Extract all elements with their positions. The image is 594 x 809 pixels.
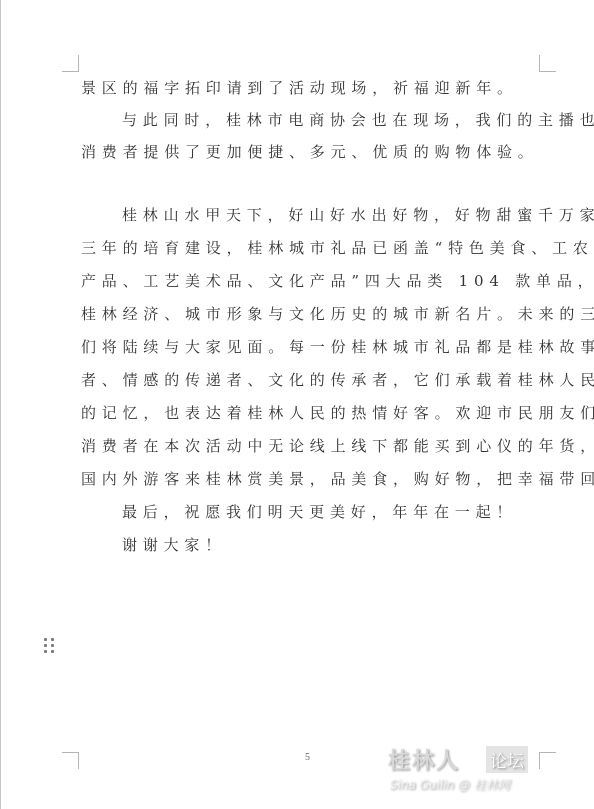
drag-dot bbox=[44, 650, 47, 653]
watermark-subtitle: Sina Guilin @ 桂林网 bbox=[390, 776, 510, 793]
watermark: 桂林人 论坛 Sina Guilin @ 桂林网 bbox=[388, 744, 548, 802]
paragraph-line: 产品、工艺美术品、文化产品”四大品类 104 款单品，逐渐成为 bbox=[81, 267, 543, 300]
paragraph-line: 消费者在本次活动中无论线上线下都能买到心仪的年货，也欢迎 bbox=[81, 432, 543, 465]
margin-corner-bottom-left bbox=[62, 752, 79, 769]
drag-dot bbox=[51, 638, 54, 641]
page-left-edge bbox=[0, 0, 1, 809]
drag-dot bbox=[44, 638, 47, 641]
margin-corner-bottom-right bbox=[539, 752, 556, 769]
paragraph-line: 的记忆，也表达着桂林人民的热情好客。欢迎市民朋友们和广大 bbox=[81, 399, 543, 432]
paragraph-line: 谢谢大家！ bbox=[81, 531, 543, 564]
paragraph-line: 桂林经济、城市形象与文化历史的城市新名片。未来的三天，它 bbox=[81, 300, 543, 333]
paragraph-line: 景区的福字拓印请到了活动现场，祈福迎新年。 bbox=[81, 74, 543, 106]
drag-dot bbox=[51, 644, 54, 647]
watermark-badge: 论坛 bbox=[486, 746, 528, 773]
paragraph-line: 桂林山水甲天下，好山好水出好物，好物甜蜜千万家！经过 bbox=[81, 201, 543, 234]
drag-handle-icon[interactable] bbox=[44, 638, 56, 654]
paragraph-line: 者、情感的传递者、文化的传承者，它们承载着桂林人民对历史 bbox=[81, 366, 543, 399]
margin-corner-top-right bbox=[539, 55, 556, 72]
paragraph-line: 们将陆续与大家见面。每一份桂林城市礼品都是桂林故事的讲述 bbox=[81, 333, 543, 366]
drag-dot bbox=[44, 644, 47, 647]
document-body[interactable]: 景区的福字拓印请到了活动现场，祈福迎新年。 与此同时，桂林市电商协会也在现场，我… bbox=[81, 74, 543, 564]
paragraph-line: 与此同时，桂林市电商协会也在现场，我们的主播也为广大 bbox=[81, 106, 543, 138]
paragraph-line: 最后，祝愿我们明天更美好，年年在一起！ bbox=[81, 498, 543, 531]
margin-corner-top-left bbox=[62, 55, 79, 72]
blank-line bbox=[81, 170, 543, 201]
paragraph-line: 三年的培育建设，桂林城市礼品已函盖“特色美食、工农业特色 bbox=[81, 234, 543, 267]
watermark-title: 桂林人 bbox=[388, 744, 460, 775]
drag-dot bbox=[51, 650, 54, 653]
page-number: 5 bbox=[305, 752, 310, 763]
paragraph-line: 消费者提供了更加便捷、多元、优质的购物体验。 bbox=[81, 138, 543, 170]
paragraph-line: 国内外游客来桂林赏美景，品美食，购好物，把幸福带回家！ bbox=[81, 465, 543, 498]
